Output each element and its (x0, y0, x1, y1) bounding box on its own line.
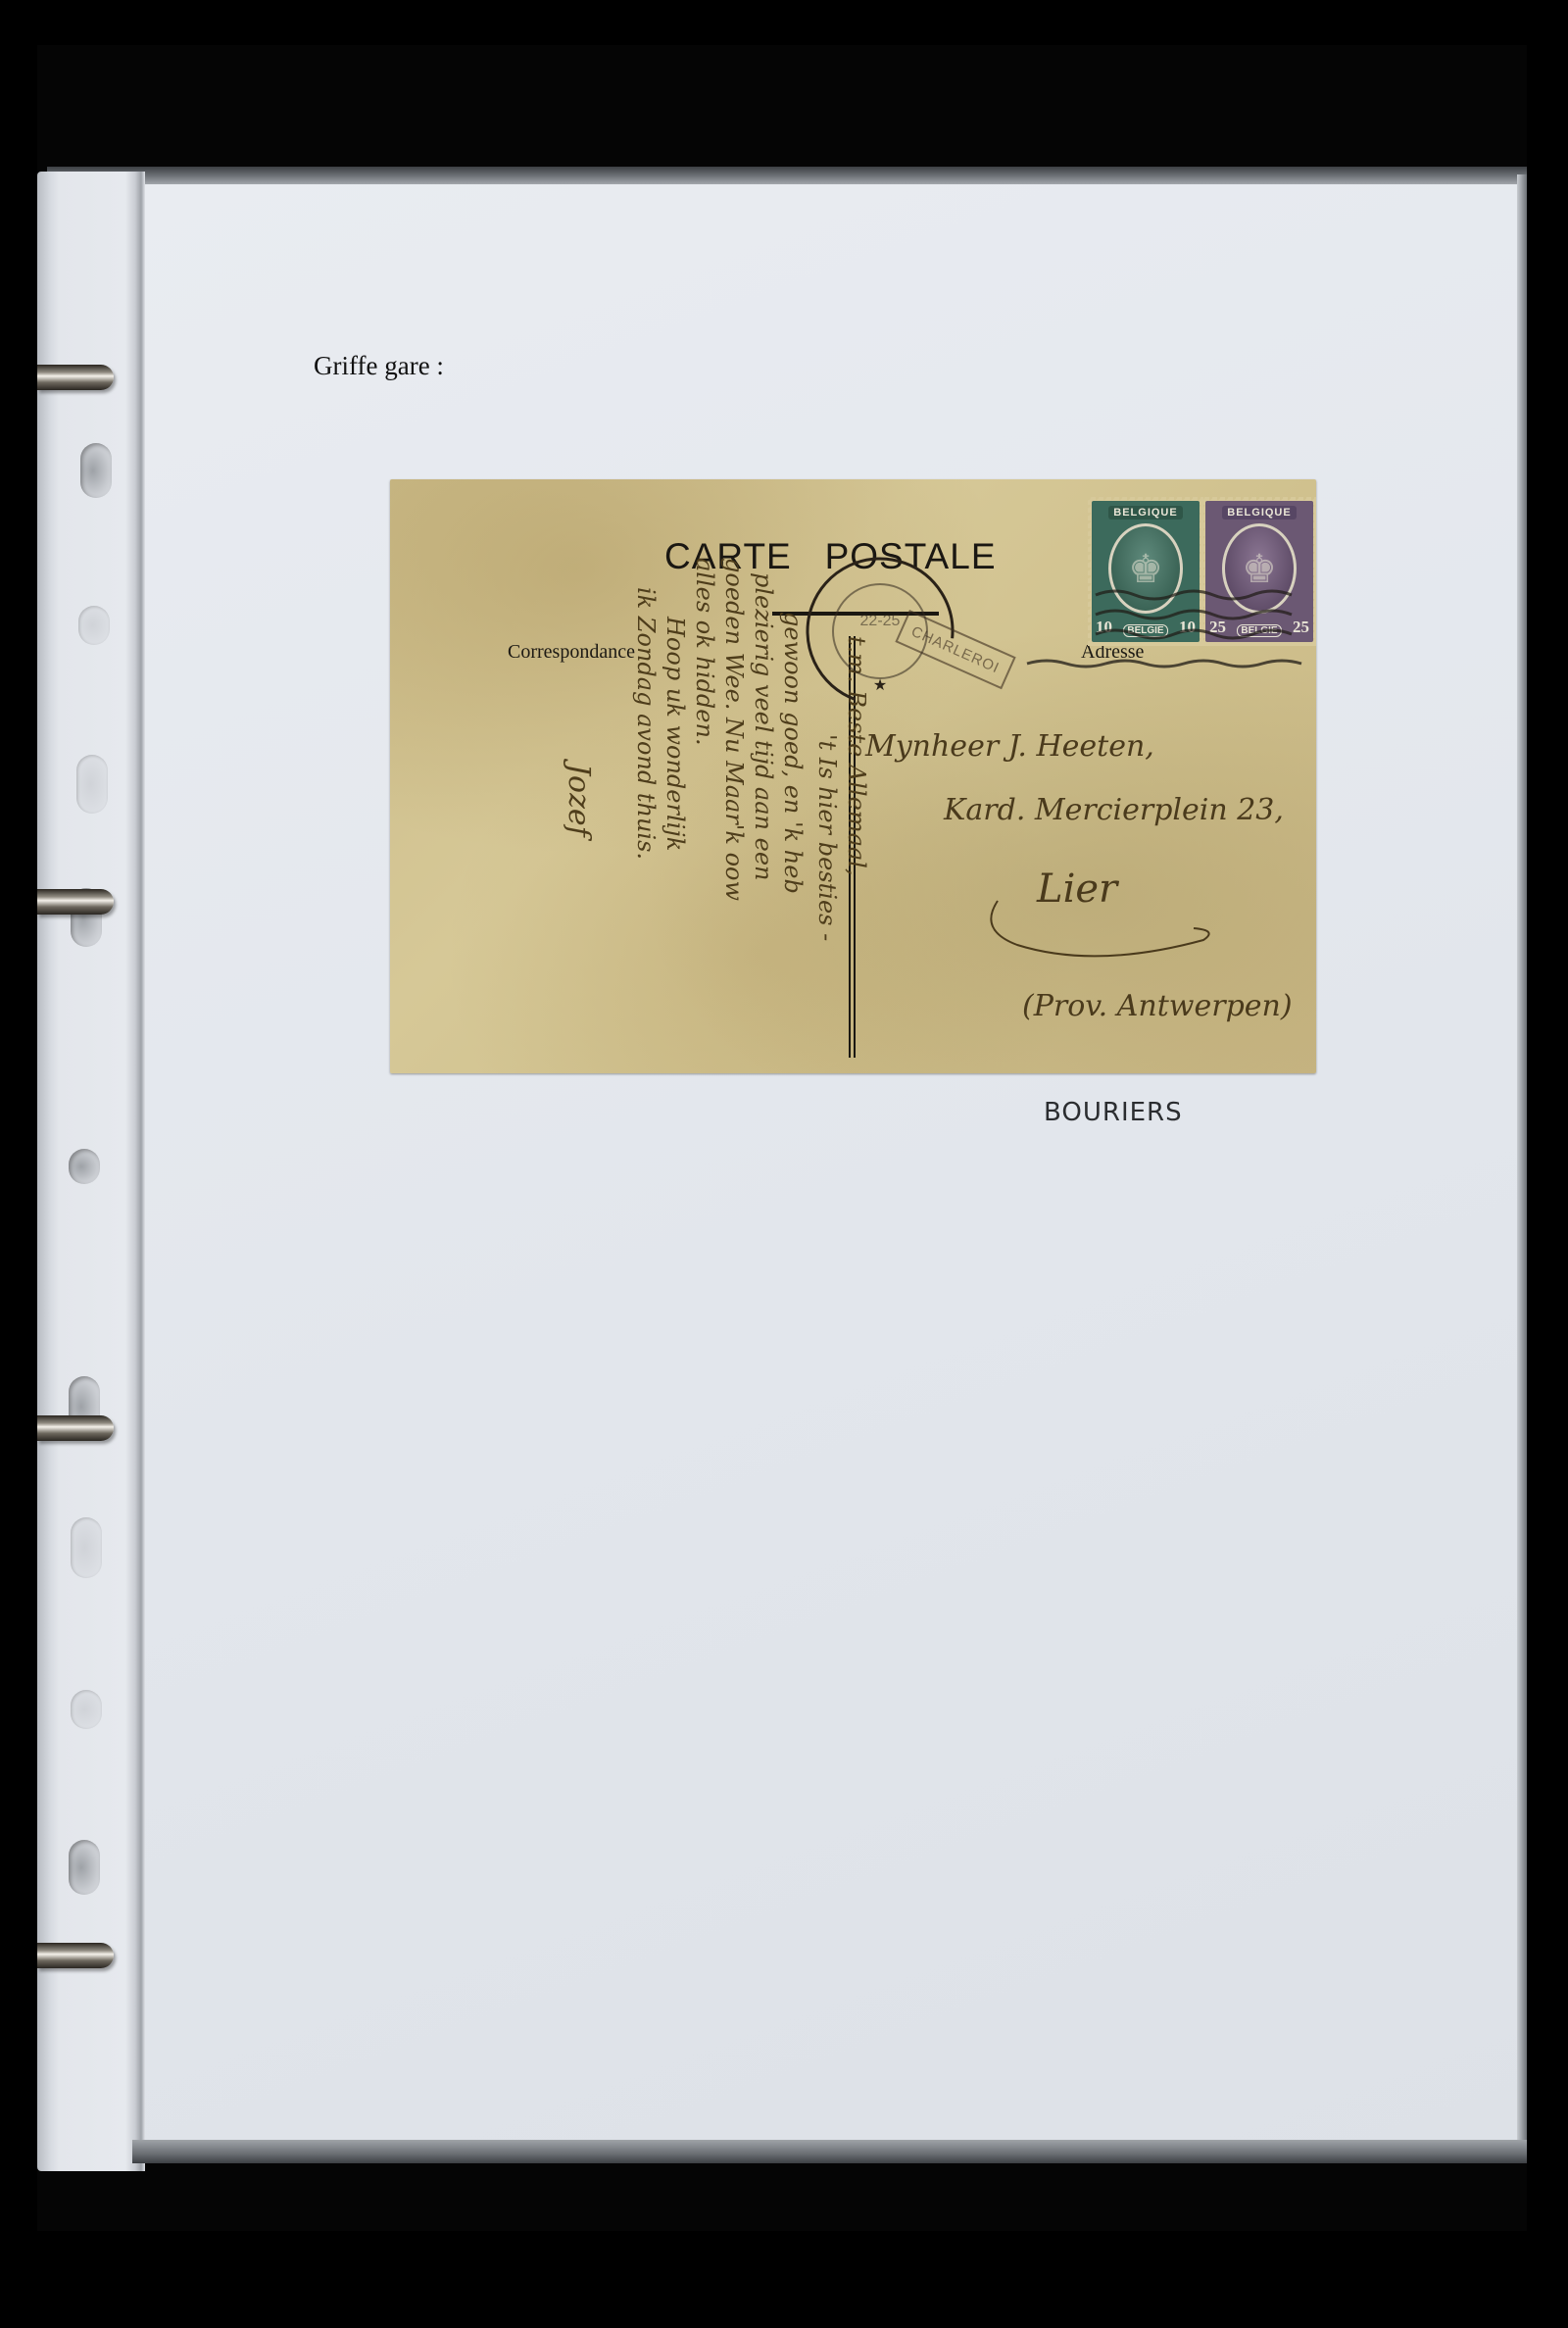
binder-hole (80, 443, 112, 498)
address-line-street: Kard. Mercierplein 23, (944, 793, 1284, 827)
address-line-recipient: Mynheer J. Heeten, (865, 729, 1154, 764)
binder-ring (37, 1415, 114, 1441)
city-underline-flourish (978, 891, 1233, 969)
address-line-province: (Prov. Antwerpen) (1022, 989, 1293, 1023)
binder-hole (78, 606, 110, 645)
sleeve-bottom-edge (132, 2140, 1527, 2163)
message-signature: Jozef (562, 764, 596, 837)
binder-hole (69, 1840, 100, 1895)
message-line: 't Is hier besties - (813, 734, 841, 941)
message-line: alles ok hidden. (691, 558, 718, 746)
svg-text:★: ★ (873, 677, 887, 694)
sleeve-right-edge (1517, 174, 1527, 2155)
sleeve-top-edge (47, 167, 1527, 186)
wavy-cancellation-lines (1017, 519, 1311, 675)
pencil-annotation: BOURIERS (1044, 1098, 1183, 1127)
binder-ring (37, 889, 114, 915)
album-page (145, 184, 1519, 2140)
message-line: Hoop uk wonderlijk (661, 617, 689, 851)
handwritten-message: t.m. Beste Allemaal, 't Is hier besties … (449, 519, 821, 1048)
page-heading: Griffe gare : (314, 351, 444, 381)
message-line: ik Zondag avond thuis. (632, 587, 660, 860)
binder-ring (37, 1943, 114, 1968)
stamp-country: BELGIQUE (1108, 506, 1182, 520)
binder-hole (69, 1149, 100, 1184)
postcard: CARTE POSTALE Correspondance Adresse t.m… (390, 479, 1316, 1073)
message-line: plezierig veel tijd aan een (750, 572, 777, 881)
binder-hole (71, 1690, 102, 1729)
binder-hole (76, 755, 108, 814)
message-line: goeden Wee. Nu Maar'k oow (720, 558, 748, 901)
binder-ring (37, 365, 114, 390)
stamp-country: BELGIQUE (1222, 506, 1296, 520)
svg-text:22-25: 22-25 (860, 613, 901, 629)
binder-hole (71, 1517, 102, 1578)
